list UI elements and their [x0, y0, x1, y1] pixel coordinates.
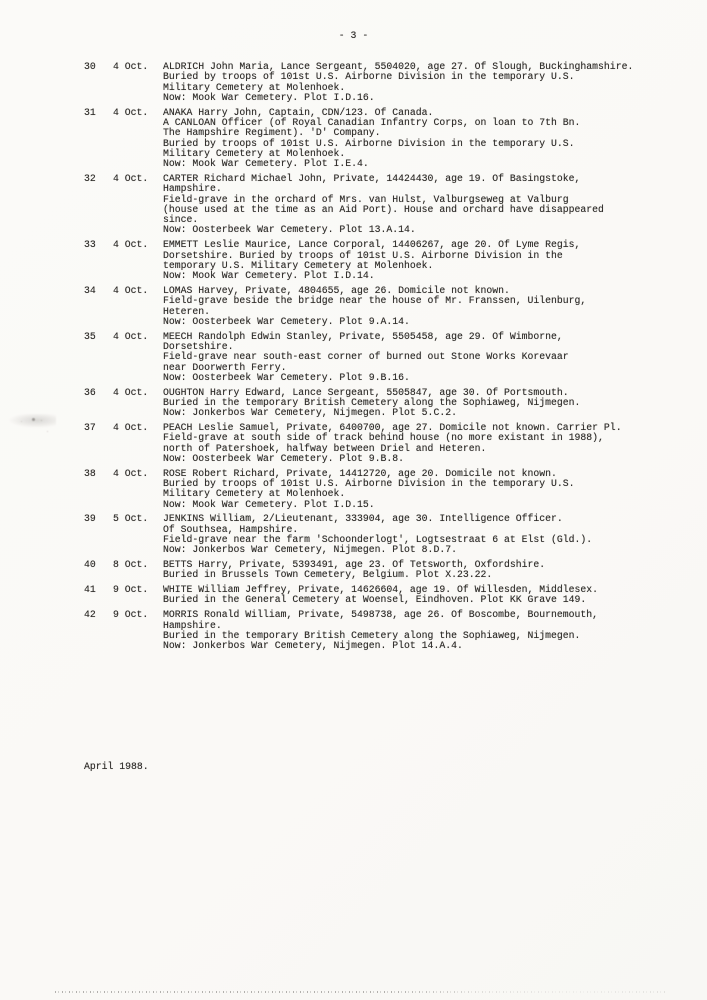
entry-text: PEACH Leslie Samuel, Private, 6400700, a… — [163, 423, 664, 464]
entry-date: 9 Oct. — [113, 585, 163, 595]
entry-number: 37 — [84, 423, 113, 433]
entry-number: 38 — [84, 469, 113, 479]
casualty-entry: 31 4 Oct. ANAKA Harry John, Captain, CDN… — [84, 108, 664, 170]
entry-number: 34 — [84, 286, 113, 296]
entry-number: 39 — [84, 514, 113, 524]
casualty-entry: 37 4 Oct. PEACH Leslie Samuel, Private, … — [84, 423, 664, 464]
casualty-entry: 30 4 Oct. ALDRICH John Maria, Lance Serg… — [84, 62, 664, 103]
entry-date: 4 Oct. — [113, 388, 163, 398]
casualty-entry-list: 30 4 Oct. ALDRICH John Maria, Lance Serg… — [84, 62, 664, 656]
entry-date: 4 Oct. — [113, 240, 163, 250]
entry-number: 42 — [84, 610, 113, 620]
page-number: - 3 - — [0, 31, 707, 41]
casualty-entry: 35 4 Oct. MEECH Randolph Edwin Stanley, … — [84, 332, 664, 383]
entry-date: 4 Oct. — [113, 286, 163, 296]
entry-date: 5 Oct. — [113, 514, 163, 524]
footer-date: April 1988. — [84, 762, 149, 772]
entry-text: ANAKA Harry John, Captain, CDN/123. Of C… — [163, 108, 664, 170]
casualty-entry: 36 4 Oct. OUGHTON Harry Edward, Lance Se… — [84, 388, 664, 419]
entry-text: WHITE William Jeffrey, Private, 14626604… — [163, 585, 664, 606]
document-page: - 3 - 30 4 Oct. ALDRICH John Maria, Lanc… — [0, 0, 707, 1000]
entry-text: MEECH Randolph Edwin Stanley, Private, 5… — [163, 332, 664, 383]
entry-text: LOMAS Harvey, Private, 4804655, age 26. … — [163, 286, 664, 327]
scan-artifact-line — [55, 991, 667, 993]
casualty-entry: 32 4 Oct. CARTER Richard Michael John, P… — [84, 174, 664, 236]
casualty-entry: 34 4 Oct. LOMAS Harvey, Private, 4804655… — [84, 286, 664, 327]
scan-smudge-mark — [8, 414, 56, 428]
entry-number: 36 — [84, 388, 113, 398]
entry-date: 9 Oct. — [113, 610, 163, 620]
entry-date: 4 Oct. — [113, 332, 163, 342]
entry-text: CARTER Richard Michael John, Private, 14… — [163, 174, 664, 236]
entry-number: 40 — [84, 560, 113, 570]
entry-text: BETTS Harry, Private, 5393491, age 23. O… — [163, 560, 664, 581]
entry-date: 4 Oct. — [113, 62, 163, 72]
entry-number: 33 — [84, 240, 113, 250]
entry-number: 31 — [84, 108, 113, 118]
casualty-entry: 41 9 Oct. WHITE William Jeffrey, Private… — [84, 585, 664, 606]
entry-text: OUGHTON Harry Edward, Lance Sergeant, 55… — [163, 388, 664, 419]
casualty-entry: 40 8 Oct. BETTS Harry, Private, 5393491,… — [84, 560, 664, 581]
entry-date: 4 Oct. — [113, 108, 163, 118]
casualty-entry: 38 4 Oct. ROSE Robert Richard, Private, … — [84, 469, 664, 510]
entry-number: 32 — [84, 174, 113, 184]
entry-date: 8 Oct. — [113, 560, 163, 570]
entry-text: ROSE Robert Richard, Private, 14412720, … — [163, 469, 664, 510]
entry-number: 41 — [84, 585, 113, 595]
entry-number: 30 — [84, 62, 113, 72]
entry-text: EMMETT Leslie Maurice, Lance Corporal, 1… — [163, 240, 664, 281]
entry-text: MORRIS Ronald William, Private, 5498738,… — [163, 610, 664, 651]
entry-text: ALDRICH John Maria, Lance Sergeant, 5504… — [163, 62, 664, 103]
entry-text: JENKINS William, 2/Lieutenant, 333904, a… — [163, 514, 664, 555]
casualty-entry: 33 4 Oct. EMMETT Leslie Maurice, Lance C… — [84, 240, 664, 281]
casualty-entry: 39 5 Oct. JENKINS William, 2/Lieutenant,… — [84, 514, 664, 555]
entry-date: 4 Oct. — [113, 469, 163, 479]
entry-date: 4 Oct. — [113, 174, 163, 184]
entry-date: 4 Oct. — [113, 423, 163, 433]
entry-number: 35 — [84, 332, 113, 342]
casualty-entry: 42 9 Oct. MORRIS Ronald William, Private… — [84, 610, 664, 651]
